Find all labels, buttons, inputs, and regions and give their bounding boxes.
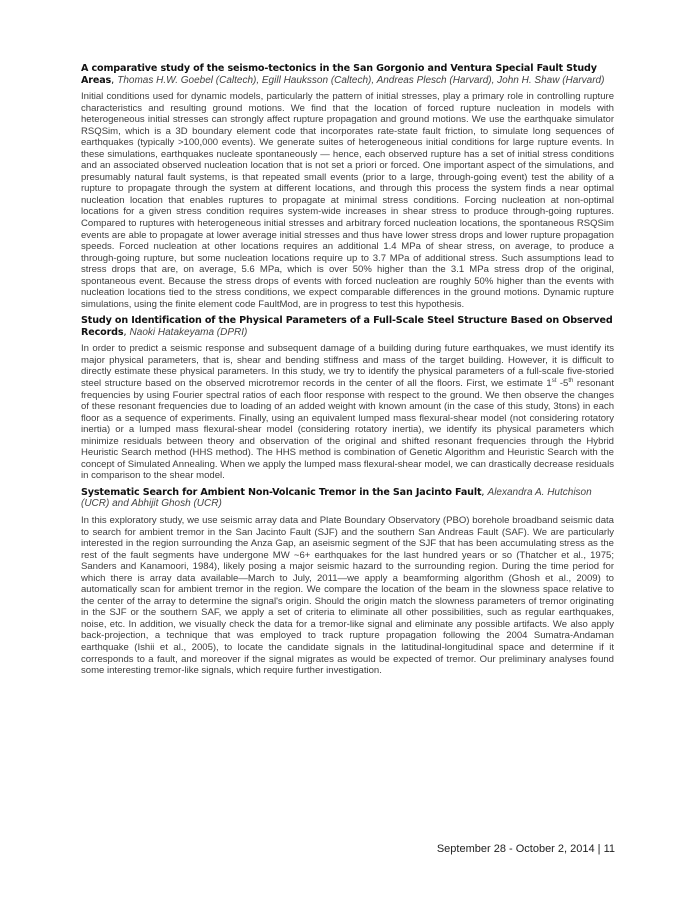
abstract-authors: Naoki Hatakeyama (DPRI) [130,327,248,338]
abstract-hutchison: Systematic Search for Ambient Non-Volcan… [81,487,614,677]
abstract-goebel: A comparative study of the seismo-tecton… [81,63,614,310]
abstract-heading: A comparative study of the seismo-tecton… [81,63,614,86]
body-text-part: -5 [556,378,568,389]
page-footer: September 28 - October 2, 2014 | 11 [350,843,615,855]
body-text-part: In order to predict a seismic response a… [81,343,614,389]
document-page: A comparative study of the seismo-tecton… [81,63,614,682]
abstract-body: In this exploratory study, we use seismi… [81,515,614,677]
body-text-part: resonant frequencies by using Fourier sp… [81,378,614,481]
abstract-body: Initial conditions used for dynamic mode… [81,91,614,310]
abstract-heading: Study on Identification of the Physical … [81,315,614,338]
abstract-body: In order to predict a seismic response a… [81,343,614,482]
abstract-title: Systematic Search for Ambient Non-Volcan… [81,487,481,498]
abstract-authors: Thomas H.W. Goebel (Caltech), Egill Hauk… [117,75,604,86]
abstract-hatakeyama: Study on Identification of the Physical … [81,315,614,482]
abstract-heading: Systematic Search for Ambient Non-Volcan… [81,487,614,510]
